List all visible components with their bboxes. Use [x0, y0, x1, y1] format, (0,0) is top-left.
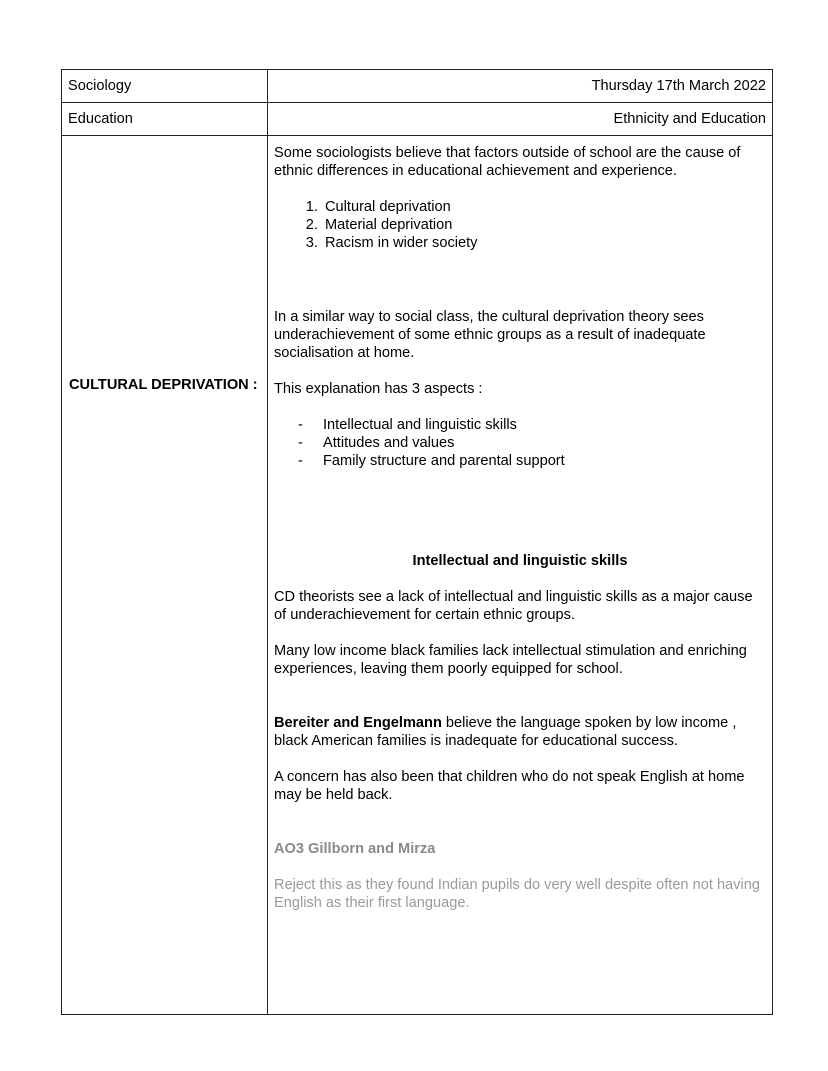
cause-item: Racism in wider society — [322, 234, 766, 252]
topic-cell: Ethnicity and Education — [268, 103, 773, 136]
dash-bullet: - — [298, 452, 303, 470]
cause-item: Cultural deprivation — [322, 198, 766, 216]
ao3-heading: AO3 Gillborn and Mirza — [274, 840, 766, 858]
header-row-2: Education Ethnicity and Education — [62, 103, 773, 136]
dash-bullet: - — [298, 416, 303, 434]
cause-item: Material deprivation — [322, 216, 766, 234]
subject-cell: Sociology — [62, 70, 268, 103]
content-row: CULTURAL DEPRIVATION : Some sociologists… — [62, 136, 773, 1015]
ao3-paragraph: Reject this as they found Indian pupils … — [274, 876, 766, 912]
dash-bullet: - — [298, 434, 303, 452]
aspects-intro: This explanation has 3 aspects : — [274, 380, 766, 398]
date-cell: Thursday 17th March 2022 — [268, 70, 773, 103]
intro-paragraph: Some sociologists believe that factors o… — [274, 144, 766, 180]
right-notes-cell: Some sociologists believe that factors o… — [268, 136, 773, 1015]
subheading: Intellectual and linguistic skills — [274, 552, 766, 570]
left-notes-cell: CULTURAL DEPRIVATION : — [62, 136, 268, 1015]
paragraph-4: A concern has also been that children wh… — [274, 768, 766, 804]
causes-list: Cultural deprivation Material deprivatio… — [274, 198, 766, 252]
paragraph-3: Bereiter and Engelmann believe the langu… — [274, 714, 766, 750]
cd-intro-paragraph: In a similar way to social class, the cu… — [274, 308, 766, 362]
section-heading: CULTURAL DEPRIVATION : — [69, 376, 258, 394]
theorist-name: Bereiter and Engelmann — [274, 715, 442, 731]
unit-cell: Education — [62, 103, 268, 136]
notes-table: Sociology Thursday 17th March 2022 Educa… — [61, 69, 773, 1015]
aspect-item: -Intellectual and linguistic skills — [298, 416, 766, 434]
paragraph-1: CD theorists see a lack of intellectual … — [274, 588, 766, 624]
aspect-item: -Family structure and parental support — [298, 452, 766, 470]
paragraph-2: Many low income black families lack inte… — [274, 642, 766, 678]
aspect-item: -Attitudes and values — [298, 434, 766, 452]
aspects-list: -Intellectual and linguistic skills -Att… — [274, 416, 766, 470]
header-row-1: Sociology Thursday 17th March 2022 — [62, 70, 773, 103]
